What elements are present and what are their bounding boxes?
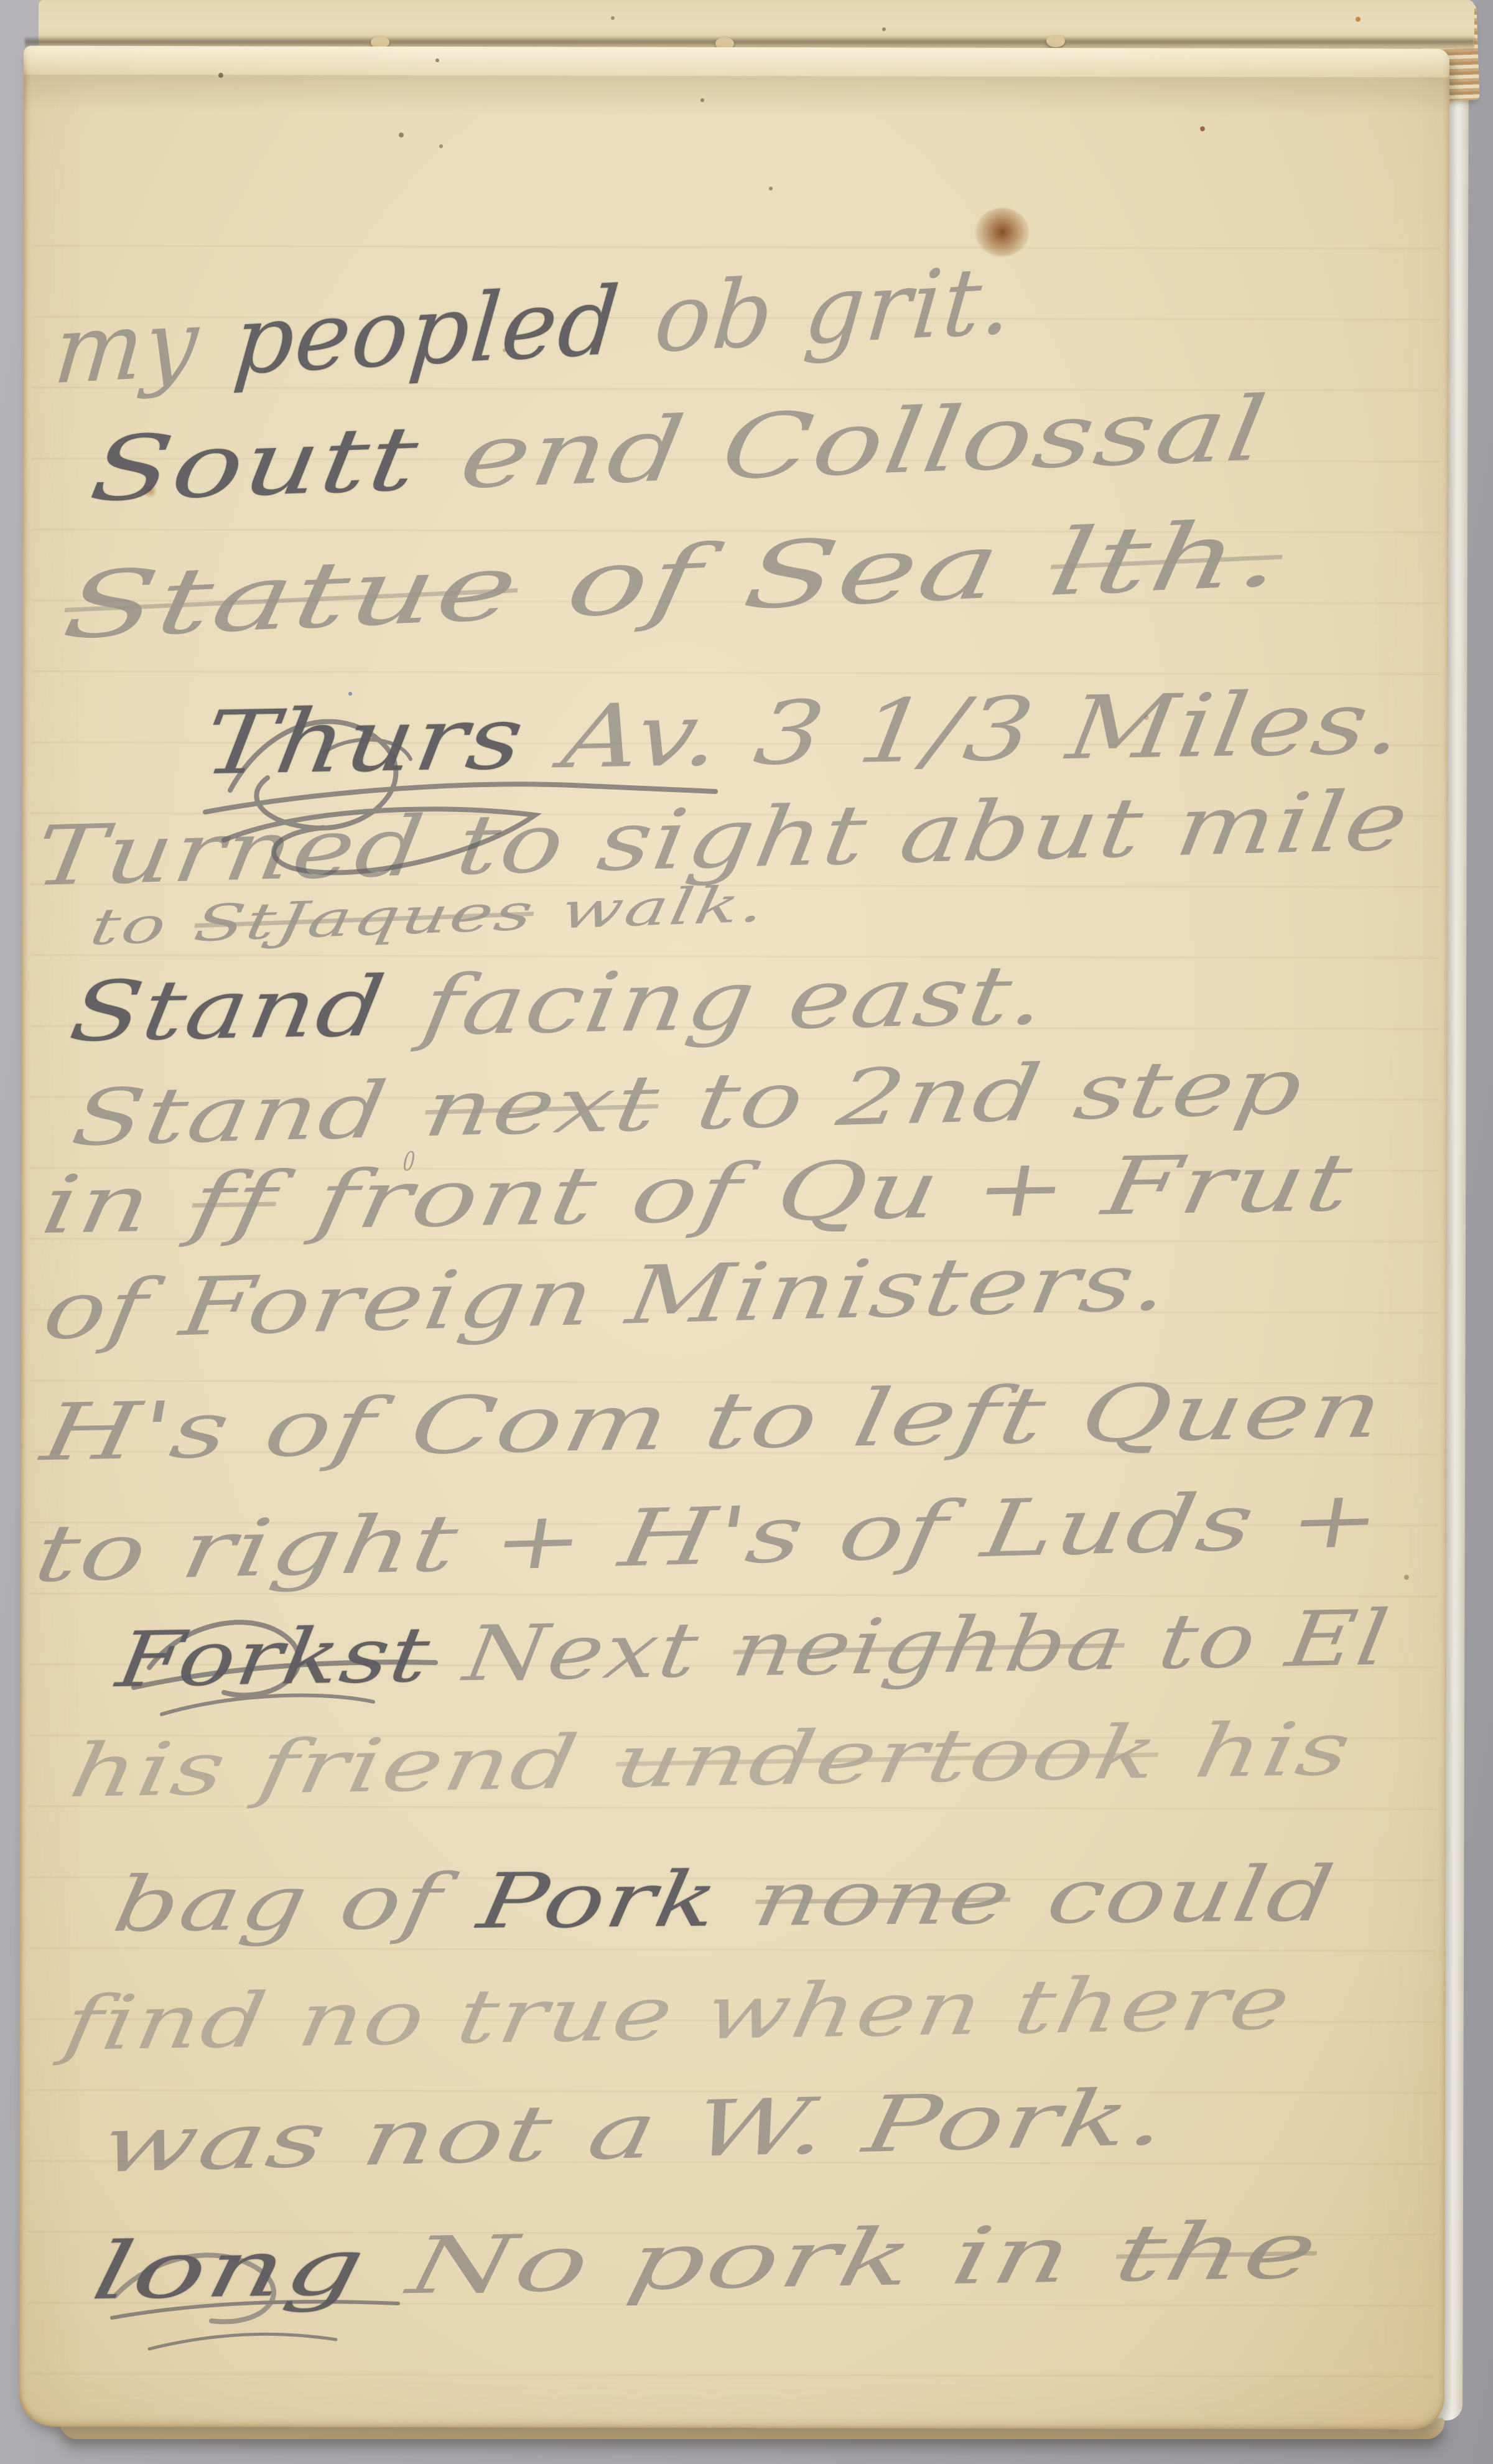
handwriting-word: No pork in bbox=[401, 2209, 1081, 2312]
scanned-notebook-photo: mypeopledob grit.Souttend CollossalStatu… bbox=[0, 0, 1493, 2464]
handwriting-line: bag ofPorknonecould bbox=[114, 1850, 1372, 1949]
handwriting-word: Stand bbox=[66, 1065, 394, 1164]
handwriting-word: walk. bbox=[556, 875, 771, 940]
handwriting-word: ff bbox=[185, 1155, 284, 1249]
handwriting-line: Standfacing east. bbox=[71, 947, 1086, 1060]
handwriting-word: Thurs bbox=[198, 688, 532, 795]
handwriting-word: next bbox=[419, 1058, 666, 1154]
handwriting-word: to El bbox=[1153, 1594, 1396, 1686]
handwriting-word: neighba bbox=[727, 1598, 1132, 1694]
handwriting-word: peopled bbox=[230, 267, 625, 396]
handwriting-word: Pork bbox=[472, 1855, 725, 1946]
handwriting-word: ob grit. bbox=[650, 246, 1017, 374]
handwriting-word: his friend bbox=[64, 1719, 585, 1814]
handwriting-word: to bbox=[86, 896, 172, 957]
handwriting-line: 0 bbox=[403, 1146, 422, 1177]
handwriting-word: lth. bbox=[1043, 500, 1291, 617]
handwriting-word: of Sea bbox=[560, 513, 1009, 638]
handwriting-word: front of Qu + Frut bbox=[309, 1136, 1360, 1248]
handwriting-word: Forkst bbox=[111, 1610, 437, 1704]
handwriting-word: bag of bbox=[107, 1857, 449, 1949]
handwriting-word: the bbox=[1109, 2205, 1327, 2300]
paper-specks bbox=[0, 0, 4, 4]
handwriting-word: Soutt bbox=[85, 407, 426, 521]
handwriting-word: long bbox=[86, 2221, 374, 2317]
handwriting-word: to 2nd step bbox=[691, 1042, 1310, 1147]
handwriting-word: could bbox=[1041, 1850, 1341, 1941]
paper-nub bbox=[1046, 35, 1065, 47]
handwriting-word: 0 bbox=[402, 1146, 417, 1177]
handwriting-word: Statue bbox=[57, 533, 527, 660]
handwriting-word: facing east. bbox=[416, 947, 1054, 1054]
handwriting-word: in bbox=[35, 1157, 159, 1253]
page-curl-shadow bbox=[24, 75, 1449, 115]
handwriting-word: Next bbox=[458, 1606, 705, 1699]
handwriting-word: none bbox=[748, 1852, 1019, 1943]
handwriting-word: undertook bbox=[609, 1709, 1166, 1804]
handwriting-word: Av. 3 1/3 Miles. bbox=[556, 672, 1411, 788]
handwriting-word: his bbox=[1189, 1706, 1359, 1794]
handwriting-word: my bbox=[50, 289, 203, 405]
handwriting-word: Stand bbox=[64, 959, 393, 1060]
